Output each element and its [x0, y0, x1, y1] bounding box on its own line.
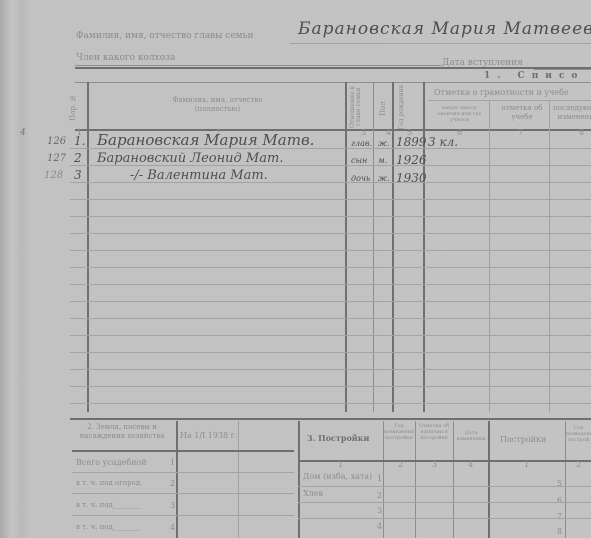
col-name-header: Фамилия, имя, отчество (полностью)	[90, 96, 345, 114]
row-rule	[70, 250, 591, 251]
col-divider-relation	[373, 82, 374, 412]
section1-title: 1. Списо	[484, 71, 584, 81]
land-row-line	[72, 472, 294, 473]
row-rule	[70, 267, 591, 268]
land-row-label: в т. ч. под огород.	[76, 479, 142, 487]
col-divider-name	[345, 82, 347, 412]
col-divider-study	[549, 100, 550, 412]
birth-year: 1930	[396, 171, 427, 185]
building-number-right: 8	[557, 527, 562, 536]
building-number: 4	[377, 522, 382, 531]
section1-top-line	[75, 82, 591, 83]
section3-title: 3. Постройки	[307, 433, 369, 443]
section3-left-border	[298, 421, 300, 538]
section3-divider-4	[488, 421, 490, 538]
s3-colnum-5: 1	[524, 460, 529, 469]
col-changes-header: последующие изменения	[553, 104, 591, 122]
s3-colnum-2: 2	[398, 460, 403, 469]
row-rule	[70, 216, 591, 217]
col-relation-header: Отношение к главе семьи	[350, 84, 372, 130]
row-rule	[70, 403, 591, 404]
colnum-4: 4	[386, 128, 391, 137]
sex: ж.	[378, 174, 390, 183]
date-underline	[534, 69, 591, 70]
margin-number: 128	[44, 170, 63, 181]
s3-colnum-4: 4	[468, 460, 473, 469]
land-row-label: в т. ч. под________	[76, 501, 141, 509]
birth-year: 1926	[396, 153, 427, 167]
document-page: Фамилия, имя, отчество главы семьи Баран…	[0, 0, 591, 538]
building-number-right: 7	[557, 512, 562, 521]
land-row-label: Всего усадебной	[76, 458, 147, 467]
head-of-family-value: Барановская Мария Матвеевна	[298, 19, 591, 39]
row-rule	[70, 301, 591, 302]
section3-col-buildings-2: Постройки	[500, 435, 546, 444]
section2-header-bottom	[72, 450, 294, 452]
section2-title: 2. Земля, посевы и насаждения хозяйства	[72, 423, 172, 441]
building-number: 2	[377, 491, 382, 500]
col-birth-year-header: Год рождения	[398, 84, 420, 130]
row-rule	[70, 386, 591, 387]
col-sex-header: Пол	[379, 94, 389, 124]
land-row-number: 2	[170, 479, 175, 488]
colnum-7: 7	[518, 128, 523, 137]
col-divider-school	[489, 100, 490, 412]
row-rule	[70, 233, 591, 234]
birth-year: 1899	[396, 135, 427, 149]
person-name: Барановский Леонид Мат.	[97, 151, 283, 166]
row-rule	[70, 369, 591, 370]
land-row-number: 1	[170, 458, 175, 467]
row-number: 3	[74, 168, 82, 182]
building-label: Хлев	[303, 489, 323, 498]
colnum-3: 3	[361, 128, 366, 137]
building-number-right: 6	[557, 496, 562, 505]
s3-colnum-1: 1	[338, 460, 343, 469]
sex: ж.	[378, 139, 390, 148]
section3-col-year-2: Год возведения построй	[566, 425, 591, 443]
section3-col-mark: Отметка об наличии в постройке	[416, 423, 452, 441]
land-row-number: 4	[170, 523, 175, 532]
row-number: 1.	[74, 134, 85, 148]
sex: м.	[378, 156, 387, 165]
s3-colnum-3: 3	[432, 460, 437, 469]
col-divider-num	[87, 82, 89, 412]
colnum-8: 8	[579, 128, 584, 137]
head-of-family-label: Фамилия, имя, отчество главы семьи	[76, 31, 254, 41]
land-row-line	[72, 493, 294, 494]
section3-divider-3	[453, 421, 454, 538]
header-separator	[75, 67, 591, 69]
margin-number: 127	[47, 153, 66, 164]
col-school-header: какую школу окончил или где учился	[432, 105, 487, 123]
literacy-subheader-line	[428, 100, 591, 101]
kolkhoz-underline	[75, 65, 441, 66]
row-rule	[70, 284, 591, 285]
s3-colnum-6: 2	[576, 460, 581, 469]
building-row-line	[298, 502, 591, 503]
building-number: 3	[377, 506, 382, 515]
row-rule	[70, 335, 591, 336]
col-divider-birth	[423, 82, 425, 412]
land-row-number: 3	[170, 501, 175, 510]
head-underline	[290, 43, 591, 44]
col-num-header: Пор. №	[69, 88, 81, 126]
row-rule	[70, 199, 591, 200]
land-row-line	[72, 515, 294, 516]
person-name: Барановская Мария Матв.	[97, 131, 314, 149]
person-name: -/- Валентина Мат.	[130, 168, 268, 183]
section3-col-year: Год возведения постройки	[384, 423, 414, 441]
section2-divider-2	[238, 421, 239, 538]
relation: сын	[351, 156, 367, 165]
building-row-line	[298, 518, 591, 519]
col-divider-sex	[392, 82, 394, 412]
kolkhoz-label: Член какого колхоза	[76, 53, 175, 63]
section2-divider	[176, 421, 178, 538]
building-label: Дом (изба, хата)	[303, 472, 372, 481]
col-literacy-group-header: Отметка о грамотности и учебе	[434, 88, 569, 97]
margin-mark: 4	[20, 128, 26, 138]
row-rule	[70, 352, 591, 353]
relation: дочь	[351, 174, 370, 183]
building-number: 1	[377, 474, 382, 483]
row-rule	[70, 318, 591, 319]
relation: глав.	[351, 139, 372, 148]
col-study-mark-header: отметка об учебе	[497, 104, 547, 122]
building-row-line	[298, 486, 591, 487]
section3-col-date: Дата изменения	[455, 430, 487, 442]
row-number: 2	[74, 151, 82, 165]
margin-number: 126	[47, 136, 66, 147]
section-separator	[70, 418, 591, 420]
school: 3 кл.	[428, 135, 458, 149]
section2-date-col: На 1/I 1938 г.	[180, 431, 237, 440]
land-row-label: в т. ч. под________	[76, 523, 141, 531]
